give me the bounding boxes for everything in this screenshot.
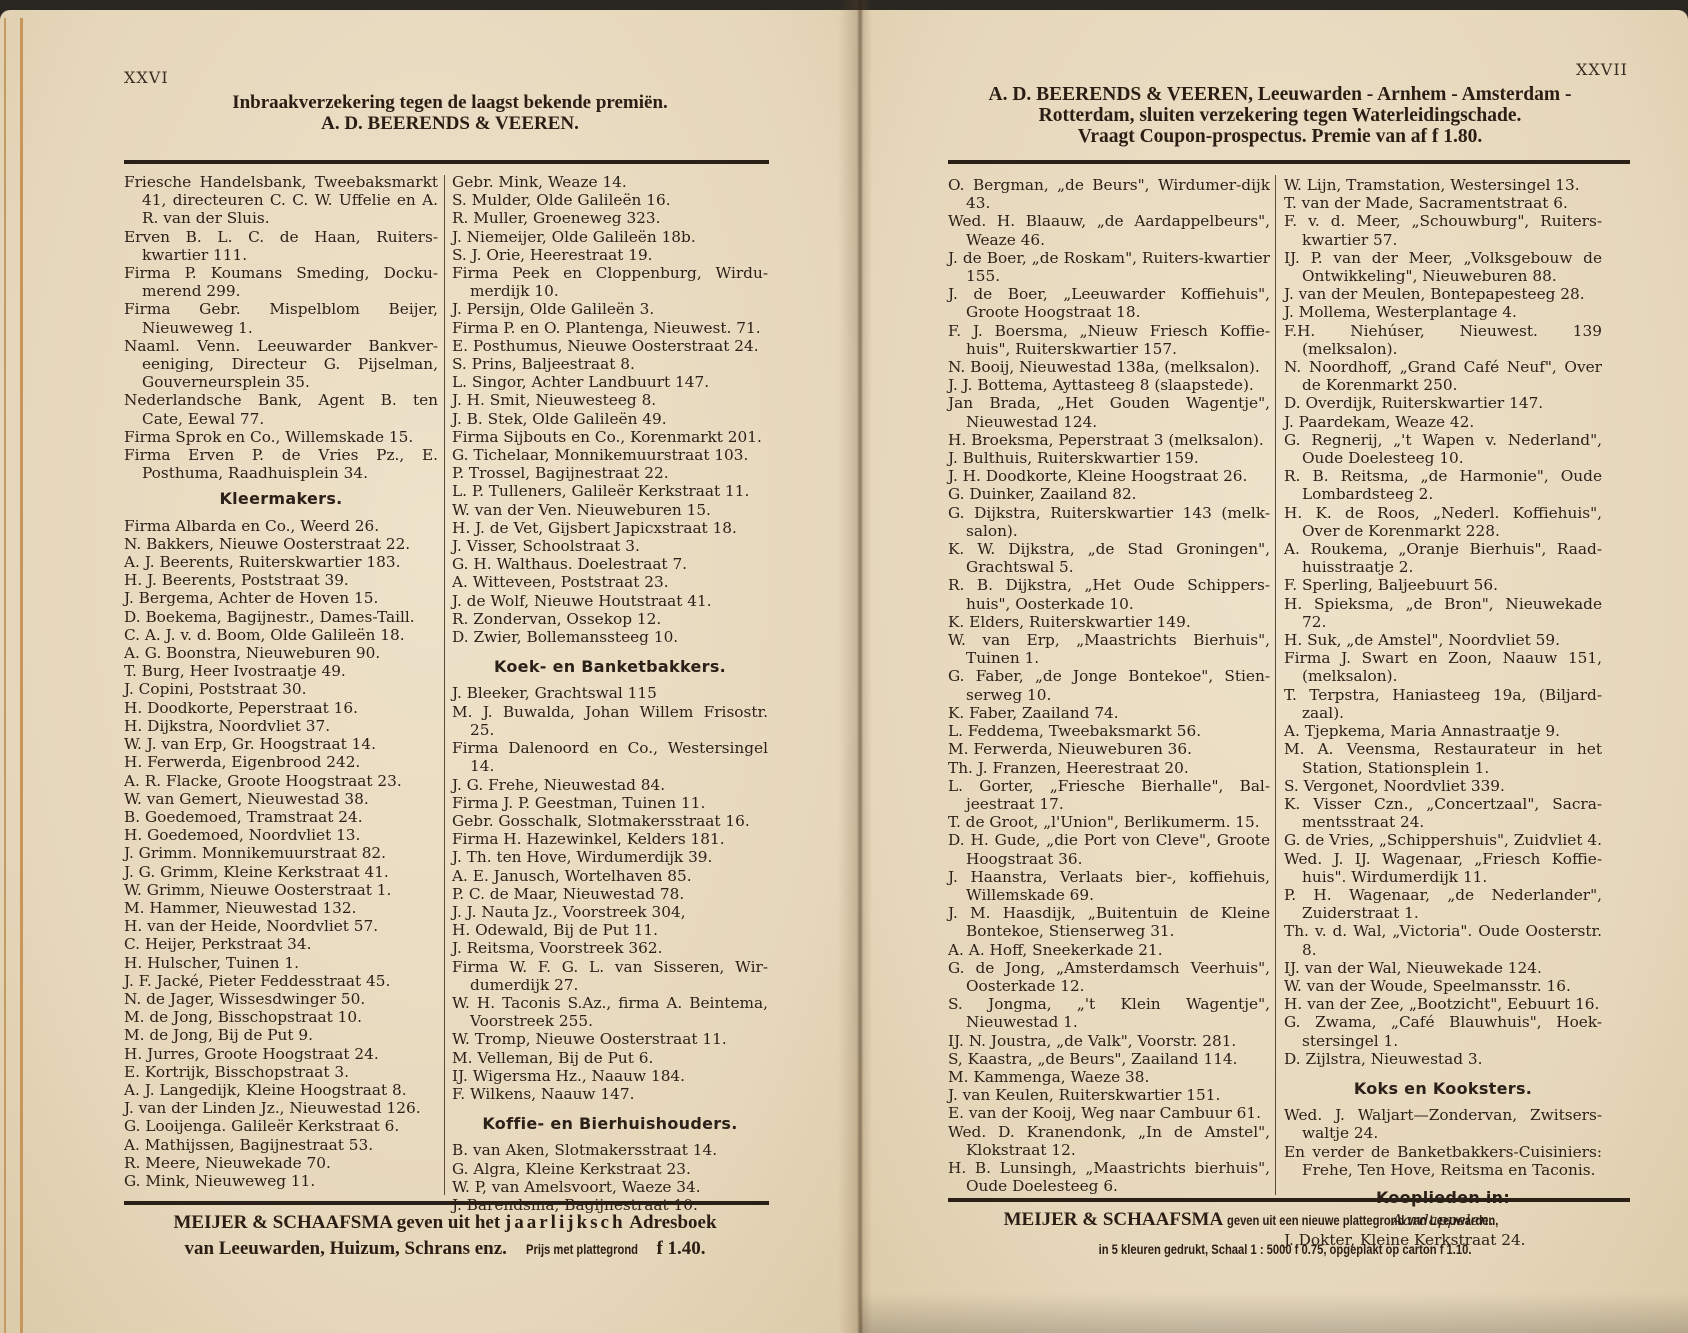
directory-entry: H. J. de Vet, Gijsbert Japicxstraat 18. [452,519,768,537]
directory-entry: T. Burg, Heer Ivostraatje 49. [124,662,438,680]
directory-entry: Firma P. Koumans Smeding, Docku-merend 2… [124,264,438,300]
directory-entry: A. Witteveen, Poststraat 23. [452,573,768,591]
directory-entry: J. B. Stek, Olde Galileën 49. [452,410,768,428]
directory-entry: H. Ferwerda, Eigenbrood 242. [124,753,438,771]
directory-entry: G. Algra, Kleine Kerkstraat 23. [452,1160,768,1178]
directory-entry: J. M. Haasdijk, „Buitentuin de Kleine Bo… [948,904,1270,940]
directory-entry: F. J. Boersma, „Nieuw Friesch Koffie-hui… [948,322,1270,358]
directory-entry: M. Kammenga, Waeze 38. [948,1068,1270,1086]
footer-text: van Leeuwarden, Huizum, Schrans enz. [184,1238,507,1259]
right-page-column-1: O. Bergman, „de Beurs", Wirdumer-dijk 43… [948,176,1270,1195]
directory-entry: T. Terpstra, Haniasteeg 19a, (Biljard-za… [1284,686,1602,722]
directory-entry: W. van der Ven. Nieuweburen 15. [452,501,768,519]
directory-entry: IJ. N. Joustra, „de Valk", Voorstr. 281. [948,1032,1270,1050]
directory-entry: Wed. H. Blaauw, „de Aardappelbeurs", Wea… [948,212,1270,248]
directory-entry: Jan Brada, „Het Gouden Wagentje", Nieuwe… [948,394,1270,430]
directory-entry: K. Faber, Zaailand 74. [948,704,1270,722]
directory-entry: J. Th. ten Hove, Wirdumerdijk 39. [452,848,768,866]
left-page: XXVI Inbraakverzekering tegen de laagst … [0,10,860,1333]
directory-entry: G. Tichelaar, Monnikemuurstraat 103. [452,446,768,464]
directory-entry: J. Niemeijer, Olde Galileën 18b. [452,228,768,246]
right-page-column-2: W. Lijn, Tramstation, Westersingel 13.T.… [1284,176,1602,1250]
directory-entry: M. A. Veensma, Restaurateur in het Stati… [1284,740,1602,776]
directory-entry: N. de Jager, Wissesdwinger 50. [124,990,438,1008]
directory-entry: J. Visser, Schoolstraat 3. [452,537,768,555]
page-header: Inbraakverzekering tegen de laagst beken… [160,92,740,134]
footer-rule [948,1198,1630,1202]
directory-entry: J. G. Grimm, Kleine Kerkstraat 41. [124,863,438,881]
directory-entry: S. Mulder, Olde Galileën 16. [452,191,768,209]
directory-entry: F. Sperling, Baljeebuurt 56. [1284,576,1602,594]
book-spread: XXVI Inbraakverzekering tegen de laagst … [0,0,1688,1333]
directory-entry: J. de Wolf, Nieuwe Houtstraat 41. [452,592,768,610]
directory-entry: Wed. J. Waljart—Zondervan, Zwitsers-walt… [1284,1106,1602,1142]
directory-entry: En verder de Banketbakkers-Cuisiniers: F… [1284,1143,1602,1179]
directory-entry: K. Elders, Ruiterskwartier 149. [948,613,1270,631]
entry-list: O. Bergman, „de Beurs", Wirdumer-dijk 43… [948,176,1270,1195]
page-number: XXVI [124,68,169,87]
directory-entry: H. Odewald, Bij de Put 11. [452,921,768,939]
directory-entry: L. Singor, Achter Landbuurt 147. [452,373,768,391]
entry-list: Gebr. Mink, Weaze 14.S. Mulder, Olde Gal… [452,173,768,646]
directory-entry: R. B. Dijkstra, „Het Oude Schippers-huis… [948,576,1270,612]
directory-entry: IJ. P. van der Meer, „Volksgebouw de Ont… [1284,249,1602,285]
directory-entry: J. van der Linden Jz., Nieuwestad 126. [124,1099,438,1117]
directory-entry: Gebr. Mink, Weaze 14. [452,173,768,191]
directory-entry: Firma W. F. G. L. van Sisseren, Wir-dume… [452,958,768,994]
footer-text: geven uit een nieuwe plattegrond van Lee… [1227,1206,1498,1234]
page-edge [4,18,6,1333]
directory-entry: W. P, van Amelsvoort, Waeze 34. [452,1178,768,1196]
directory-entry: H. Spieksma, „de Bron", Nieuwekade 72. [1284,595,1602,631]
directory-entry: L. Gorter, „Friesche Bierhalle", Bal-jee… [948,777,1270,813]
directory-entry: E. van der Kooij, Weg naar Cambuur 61. [948,1104,1270,1122]
directory-entry: G. de Vries, „Schippershuis", Zuidvliet … [1284,831,1602,849]
directory-entry: Wed. D. Kranendonk, „In de Amstel", Klok… [948,1123,1270,1159]
footer-price: f 1.40. [656,1238,705,1259]
header-line: Vraagt Coupon-prospectus. Premie van af … [920,126,1640,147]
directory-entry: J. Paardekam, Weaze 42. [1284,413,1602,431]
directory-entry: D. Boekema, Bagijnestr., Dames-Taill. [124,608,438,626]
directory-entry: S. J. Orie, Heerestraat 19. [452,246,768,264]
directory-entry: Naaml. Venn. Leeuwarder Bankver-eeniging… [124,337,438,392]
directory-entry: N. Bakkers, Nieuwe Oosterstraat 22. [124,535,438,553]
directory-entry: C. A. J. v. d. Boom, Olde Galileën 18. [124,626,438,644]
directory-entry: W. H. Taconis S.Az., firma A. Beintema, … [452,994,768,1030]
footer-text: Adresboek [629,1212,716,1233]
directory-entry: Gebr. Gosschalk, Slotmakersstraat 16. [452,812,768,830]
directory-entry: A. Mathijssen, Bagijnestraat 53. [124,1136,438,1154]
directory-entry: B. van Aken, Slotmakersstraat 14. [452,1141,768,1159]
directory-entry: A. R. Flacke, Groote Hoogstraat 23. [124,772,438,790]
entry-list: Firma Albarda en Co., Weerd 26.N. Bakker… [124,517,438,1191]
section-title: Koks en Kooksters. [1284,1080,1602,1098]
directory-entry: N. Booij, Nieuwestad 138a, (melksalon). [948,358,1270,376]
directory-entry: H. Broeksma, Peperstraat 3 (melksalon). [948,431,1270,449]
footer-text: geven uit het [397,1212,500,1233]
directory-entry: T. de Groot, „l'Union", Berlikumerm. 15. [948,813,1270,831]
directory-entry: Erven B. L. C. de Haan, Ruiters-kwartier… [124,228,438,264]
directory-entry: P. C. de Maar, Nieuwestad 78. [452,885,768,903]
entry-list: Friesche Handelsbank, Tweebaksmarkt 41, … [124,173,438,482]
directory-entry: G. Dijkstra, Ruiterskwartier 143 (melk-s… [948,504,1270,540]
directory-entry: W. van Erp, „Maastrichts Bierhuis", Tuin… [948,631,1270,667]
directory-entry: J. Bulthuis, Ruiterskwartier 159. [948,449,1270,467]
directory-entry: F.H. Niehúser, Nieuwest. 139 (melksalon)… [1284,322,1602,358]
directory-entry: Friesche Handelsbank, Tweebaksmarkt 41, … [124,173,438,228]
directory-entry: H. Jurres, Groote Hoogstraat 24. [124,1045,438,1063]
directory-entry: J. van Keulen, Ruiterskwartier 151. [948,1086,1270,1104]
directory-entry: G. Mink, Nieuweweg 11. [124,1172,438,1190]
directory-entry: Firma J. P. Geestman, Tuinen 11. [452,794,768,812]
directory-entry: H. Goedemoed, Noordvliet 13. [124,826,438,844]
directory-entry: M. Velleman, Bij de Put 6. [452,1049,768,1067]
directory-entry: G. Regnerij, „'t Wapen v. Nederland", Ou… [1284,431,1602,467]
section-title: Koffie- en Bierhuishouders. [452,1115,768,1133]
directory-entry: O. Bergman, „de Beurs", Wirdumer-dijk 43… [948,176,1270,212]
footer-text: in 5 kleuren gedrukt, Schaal 1 : 5000 f … [1099,1235,1472,1263]
directory-entry: J. G. Frehe, Nieuwestad 84. [452,776,768,794]
directory-entry: J. J. Bottema, Ayttasteeg 8 (slaapstede)… [948,376,1270,394]
header-rule [948,160,1630,164]
directory-entry: G. Duinker, Zaailand 82. [948,485,1270,503]
directory-entry: Firma J. Swart en Zoon, Naauw 151, (melk… [1284,649,1602,685]
directory-entry: J. Haanstra, Verlaats bier-, koffiehuis,… [948,868,1270,904]
directory-entry: S. Vergonet, Noordvliet 339. [1284,777,1602,795]
directory-entry: J. Mollema, Westerplantage 4. [1284,303,1602,321]
directory-entry: D. Zwier, Bollemanssteeg 10. [452,628,768,646]
directory-entry: H. J. Beerents, Poststraat 39. [124,571,438,589]
directory-entry: A. G. Boonstra, Nieuweburen 90. [124,644,438,662]
directory-entry: Firma H. Hazewinkel, Kelders 181. [452,830,768,848]
directory-entry: S, Kaastra, „de Beurs", Zaailand 114. [948,1050,1270,1068]
directory-entry: Th. v. d. Wal, „Victoria". Oude Oosterst… [1284,922,1602,958]
page-edge [20,18,23,1333]
footer-rule [124,1201,769,1205]
directory-entry: IJ. Wigersma Hz., Naauw 184. [452,1067,768,1085]
column-divider [444,175,445,1195]
directory-entry: H. Hulscher, Tuinen 1. [124,954,438,972]
advertisement-footer: MEIJER & SCHAAFSMA geven uit het jaarlij… [120,1210,770,1262]
directory-entry: B. Goedemoed, Tramstraat 24. [124,808,438,826]
directory-entry: R. B. Reitsma, „de Harmonie", Oude Lomba… [1284,467,1602,503]
directory-entry: J. Grimm. Monnikemuurstraat 82. [124,844,438,862]
directory-entry: M. Ferwerda, Nieuweburen 36. [948,740,1270,758]
directory-entry: G. Looijenga. Galileër Kerkstraat 6. [124,1117,438,1135]
directory-entry: W. Lijn, Tramstation, Westersingel 13. [1284,176,1602,194]
directory-entry: W. J. van Erp, Gr. Hoogstraat 14. [124,735,438,753]
directory-entry: E. Posthumus, Nieuwe Oosterstraat 24. [452,337,768,355]
directory-entry: J. H. Smit, Nieuwesteeg 8. [452,391,768,409]
directory-entry: IJ. van der Wal, Nieuwekade 124. [1284,959,1602,977]
directory-entry: L. Feddema, Tweebaksmarkt 56. [948,722,1270,740]
directory-entry: K. W. Dijkstra, „de Stad Groningen", Gra… [948,540,1270,576]
header-line: A. D. BEERENDS & VEEREN, Leeuwarden - Ar… [920,84,1640,105]
directory-entry: S. Prins, Baljeestraat 8. [452,355,768,373]
directory-entry: R. Meere, Nieuwekade 70. [124,1154,438,1172]
directory-entry: F. v. d. Meer, „Schouwburg", Ruiters-kwa… [1284,212,1602,248]
entry-list: J. Bleeker, Grachtswal 115M. J. Buwalda,… [452,684,768,1103]
directory-entry: J. Bergema, Achter de Hoven 15. [124,589,438,607]
entry-list: W. Lijn, Tramstation, Westersingel 13.T.… [1284,176,1602,1068]
directory-entry: A. J. Langedijk, Kleine Hoogstraat 8. [124,1081,438,1099]
entry-list: Wed. J. Waljart—Zondervan, Zwitsers-walt… [1284,1106,1602,1179]
directory-entry: R. Zondervan, Ossekop 12. [452,610,768,628]
directory-entry: R. Muller, Groeneweg 323. [452,209,768,227]
directory-entry: A. Tjepkema, Maria Annastraatje 9. [1284,722,1602,740]
directory-entry: Firma Albarda en Co., Weerd 26. [124,517,438,535]
footer-price-label: Prijs met plattegrond [526,1236,638,1262]
directory-entry: Firma Peek en Cloppenburg, Wirdu-merdijk… [452,264,768,300]
directory-entry: Firma Erven P. de Vries Pz., E. Posthuma… [124,446,438,482]
section-title: Koek- en Banketbakkers. [452,658,768,676]
footer-text: jaarlijksch [505,1212,626,1233]
directory-entry: F. Wilkens, Naauw 147. [452,1085,768,1103]
directory-entry: Firma Gebr. Mispelblom Beijer, Nieuweweg… [124,300,438,336]
section-title: Kleermakers. [124,490,438,508]
directory-entry: H. van der Zee, „Bootzicht", Eebuurt 16. [1284,995,1602,1013]
directory-entry: J. de Boer, „Leeuwarder Koffiehuis", Gro… [948,285,1270,321]
footer-brand: MEIJER & SCHAAFSMA [173,1212,392,1233]
directory-entry: Firma Sprok en Co., Willemskade 15. [124,428,438,446]
directory-entry: K. Visser Czn., „Concertzaal", Sacra-men… [1284,795,1602,831]
directory-entry: D. H. Gude, „die Port von Cleve", Groote… [948,831,1270,867]
directory-entry: A. E. Janusch, Wortelhaven 85. [452,867,768,885]
header-line: A. D. BEERENDS & VEEREN. [160,113,740,134]
directory-entry: M. Hammer, Nieuwestad 132. [124,899,438,917]
directory-entry: H. Suk, „de Amstel", Noordvliet 59. [1284,631,1602,649]
left-page-column-1: Friesche Handelsbank, Tweebaksmarkt 41, … [124,173,438,1190]
directory-entry: H. van der Heide, Noordvliet 57. [124,917,438,935]
header-rule [124,160,769,164]
directory-entry: T. van der Made, Sacramentstraat 6. [1284,194,1602,212]
column-divider [1275,175,1276,1195]
directory-entry: L. P. Tulleners, Galileër Kerkstraat 11. [452,482,768,500]
directory-entry: A. Roukema, „Oranje Bierhuis", Raad-huis… [1284,540,1602,576]
directory-entry: G. Faber, „de Jonge Bontekoe", Stien-ser… [948,667,1270,703]
directory-entry: H. B. Lunsingh, „Maastrichts bierhuis", … [948,1159,1270,1195]
directory-entry: A. J. Beerents, Ruiterskwartier 183. [124,553,438,571]
directory-entry: M. J. Buwalda, Johan Willem Frisostr. 25… [452,703,768,739]
directory-entry: J. Bleeker, Grachtswal 115 [452,684,768,702]
directory-entry: Wed. J. IJ. Wagenaar, „Friesch Koffie-hu… [1284,850,1602,886]
footer-brand: MEIJER & SCHAAFSMA [1004,1209,1224,1230]
directory-entry: W. Grimm, Nieuwe Oosterstraat 1. [124,881,438,899]
directory-entry: G. Zwama, „Café Blauwhuis", Hoek-stersin… [1284,1013,1602,1049]
directory-entry: J. van der Meulen, Bontepapesteeg 28. [1284,285,1602,303]
directory-entry: D. Overdijk, Ruiterskwartier 147. [1284,394,1602,412]
directory-entry: M. de Jong, Bisschopstraat 10. [124,1008,438,1026]
directory-entry: Firma P. en O. Plantenga, Nieuwest. 71. [452,319,768,337]
directory-entry: P. Trossel, Bagijnestraat 22. [452,464,768,482]
directory-entry: J. Persijn, Olde Galileën 3. [452,300,768,318]
page-header: A. D. BEERENDS & VEEREN, Leeuwarden - Ar… [920,84,1640,147]
directory-entry: N. Noordhoff, „Grand Café Neuf", Over de… [1284,358,1602,394]
directory-entry: W. van der Woude, Speelmansstr. 16. [1284,977,1602,995]
directory-entry: J. de Boer, „de Roskam", Ruiters-kwartie… [948,249,1270,285]
directory-entry: H. Dijkstra, Noordvliet 37. [124,717,438,735]
directory-entry: W. van Gemert, Nieuwestad 38. [124,790,438,808]
left-page-column-2: Gebr. Mink, Weaze 14.S. Mulder, Olde Gal… [452,173,768,1214]
directory-entry: W. Tromp, Nieuwe Oosterstraat 11. [452,1030,768,1048]
directory-entry: S. Jongma, „'t Klein Wagentje", Nieuwest… [948,995,1270,1031]
header-line: Inbraakverzekering tegen de laagst beken… [160,92,740,113]
book-gutter [838,0,872,1333]
directory-entry: M. de Jong, Bij de Put 9. [124,1026,438,1044]
directory-entry: E. Kortrijk, Bisschopstraat 3. [124,1063,438,1081]
directory-entry: Th. J. Franzen, Heerestraat 20. [948,759,1270,777]
directory-entry: Firma Dalenoord en Co., Westersingel 14. [452,739,768,775]
directory-entry: J. Reitsma, Voorstreek 362. [452,939,768,957]
directory-entry: D. Zijlstra, Nieuwestad 3. [1284,1050,1602,1068]
right-page: XXVII A. D. BEERENDS & VEEREN, Leeuwarde… [860,10,1688,1333]
advertisement-footer: MEIJER & SCHAAFSMA geven uit een nieuwe … [920,1206,1650,1264]
directory-entry: J. H. Doodkorte, Kleine Hoogstraat 26. [948,467,1270,485]
directory-entry: J. J. Nauta Jz., Voorstreek 304, [452,903,768,921]
directory-entry: A. A. Hoff, Sneekerkade 21. [948,941,1270,959]
directory-entry: J. F. Jacké, Pieter Feddesstraat 45. [124,972,438,990]
directory-entry: C. Heijer, Perkstraat 34. [124,935,438,953]
directory-entry: H. K. de Roos, „Nederl. Koffiehuis", Ove… [1284,504,1602,540]
directory-entry: G. de Jong, „Amsterdamsch Veerhuis", Oos… [948,959,1270,995]
directory-entry: G. H. Walthaus. Doelestraat 7. [452,555,768,573]
directory-entry: Firma Sijbouts en Co., Korenmarkt 201. [452,428,768,446]
header-line: Rotterdam, sluiten verzekering tegen Wat… [920,105,1640,126]
directory-entry: J. Copini, Poststraat 30. [124,680,438,698]
directory-entry: H. Doodkorte, Peperstraat 16. [124,699,438,717]
page-number: XXVII [1576,60,1628,79]
directory-entry: P. H. Wagenaar, „de Nederlander", Zuider… [1284,886,1602,922]
directory-entry: Nederlandsche Bank, Agent B. ten Cate, E… [124,391,438,427]
page-shadow [860,1293,1688,1333]
